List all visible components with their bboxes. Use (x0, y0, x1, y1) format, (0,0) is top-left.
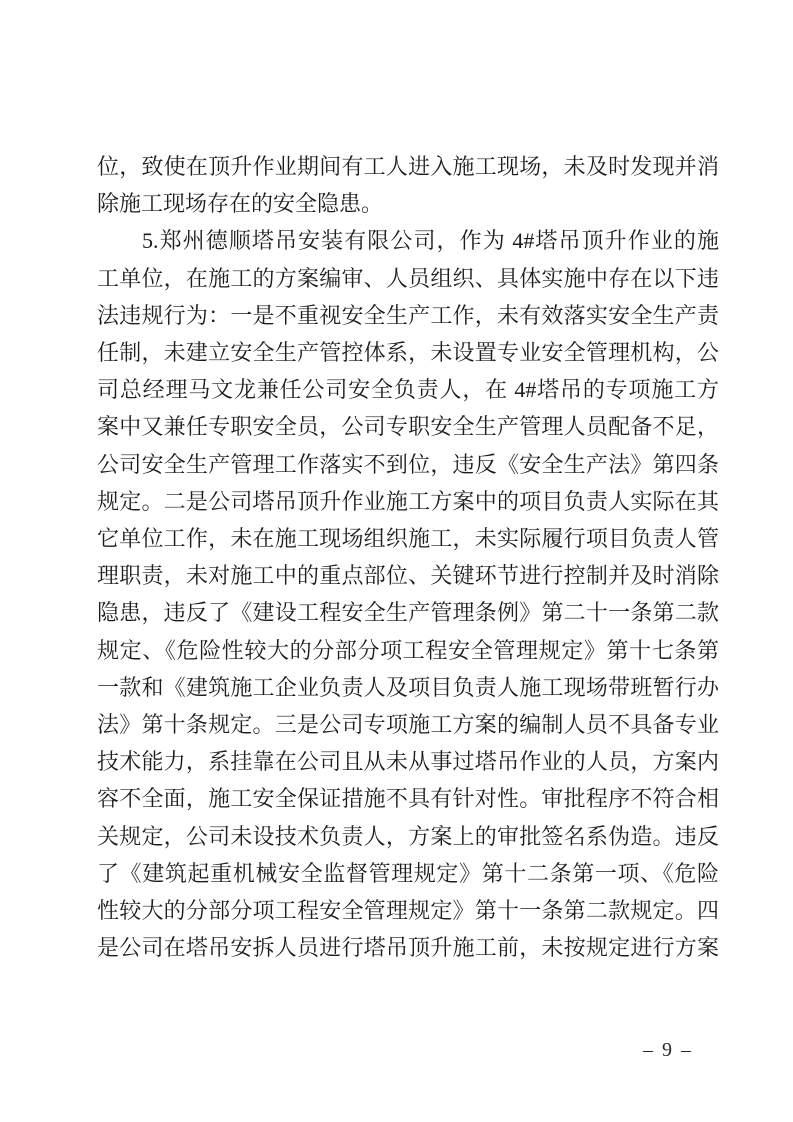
text-line: 性较大的分部分项工程安全管理规定》第十一条第二款规定。四 (97, 892, 719, 929)
text-line: 了《建筑起重机械安全监督管理规定》第十二条第一项、《危险 (97, 855, 719, 892)
text-line: 任制，未建立安全生产管控体系，未设置专业安全管理机构，公 (97, 334, 719, 371)
text-line: 规定、《危险性较大的分部分项工程安全管理规定》第十七条第 (97, 632, 719, 669)
text-line: 公司安全生产管理工作落实不到位，违反《安全生产法》第四条 (97, 446, 719, 483)
document-page: 位，致使在顶升作业期间有工人进入施工现场，未及时发现并消 除施工现场存在的安全隐… (0, 0, 793, 1122)
text-line: 案中又兼任专职安全员，公司专职安全生产管理人员配备不足， (97, 408, 719, 445)
text-line: 它单位工作，未在施工现场组织施工，未实际履行项目负责人管 (97, 520, 719, 557)
text-line: 司总经理马文龙兼任公司安全负责人，在 4#塔吊的专项施工方 (97, 371, 719, 408)
page-number: – 9 – (643, 1038, 693, 1062)
text-line: 5.郑州德顺塔吊安装有限公司，作为 4#塔吊顶升作业的施 (97, 222, 719, 259)
text-line: 除施工现场存在的安全隐患。 (97, 185, 719, 222)
text-line: 法违规行为：一是不重视安全生产工作，未有效落实安全生产责 (97, 297, 719, 334)
text-line: 容不全面，施工安全保证措施不具有针对性。审批程序不符合相 (97, 780, 719, 817)
text-line: 隐患，违反了《建设工程安全生产管理条例》第二十一条第二款 (97, 594, 719, 631)
text-line: 位，致使在顶升作业期间有工人进入施工现场，未及时发现并消 (97, 148, 719, 185)
text-line: 是公司在塔吊安拆人员进行塔吊顶升施工前，未按规定进行方案 (97, 929, 719, 966)
text-line: 工单位，在施工的方案编审、人员组织、具体实施中存在以下违 (97, 260, 719, 297)
text-line: 法》第十条规定。三是公司专项施工方案的编制人员不具备专业 (97, 706, 719, 743)
text-line: 一款和《建筑施工企业负责人及项目负责人施工现场带班暂行办 (97, 669, 719, 706)
text-line: 规定。二是公司塔吊顶升作业施工方案中的项目负责人实际在其 (97, 483, 719, 520)
text-line: 关规定，公司未设技术负责人，方案上的审批签名系伪造。违反 (97, 818, 719, 855)
text-line: 技术能力，系挂靠在公司且从未从事过塔吊作业的人员，方案内 (97, 743, 719, 780)
document-body: 位，致使在顶升作业期间有工人进入施工现场，未及时发现并消 除施工现场存在的安全隐… (97, 148, 719, 966)
text-line: 理职责，未对施工中的重点部位、关键环节进行控制并及时消除 (97, 557, 719, 594)
